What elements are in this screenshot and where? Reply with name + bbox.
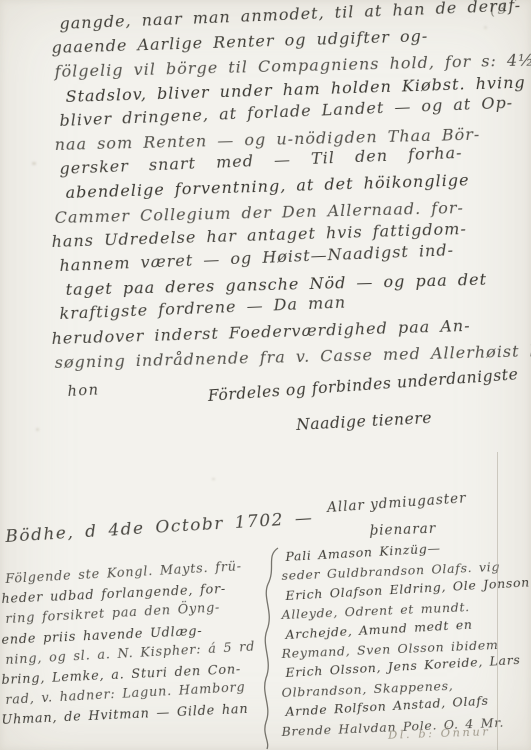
manuscript-page: (3 gangde, naar man anmodet, til at han … [0, 0, 531, 750]
catchword: hon [67, 382, 100, 400]
bottom-left-column: Fölgende ste Kongl. Mayts. frü-heder udb… [2, 570, 264, 732]
bottom-right-column: Pali Amason Kinzüg—seder Guldbrandson Ol… [286, 547, 526, 741]
column-divider-line [258, 546, 284, 750]
closing-lines: Fördeles og forbindes underdanigsteNaadi… [209, 382, 509, 440]
paper-speck [212, 478, 215, 480]
page-fold-line [497, 452, 498, 750]
heading-line: Allar ydmiugaster [326, 484, 507, 520]
dateline: Bödhe, d 4de Octobr 1702 — [5, 508, 314, 547]
paper-speck [484, 26, 487, 29]
paper-speck [32, 162, 36, 165]
closing-line: Naadige tienere [295, 400, 508, 440]
manuscript-top-block: gangde, naar man anmodet, til at han de … [52, 12, 530, 375]
paper-speck [36, 428, 39, 431]
